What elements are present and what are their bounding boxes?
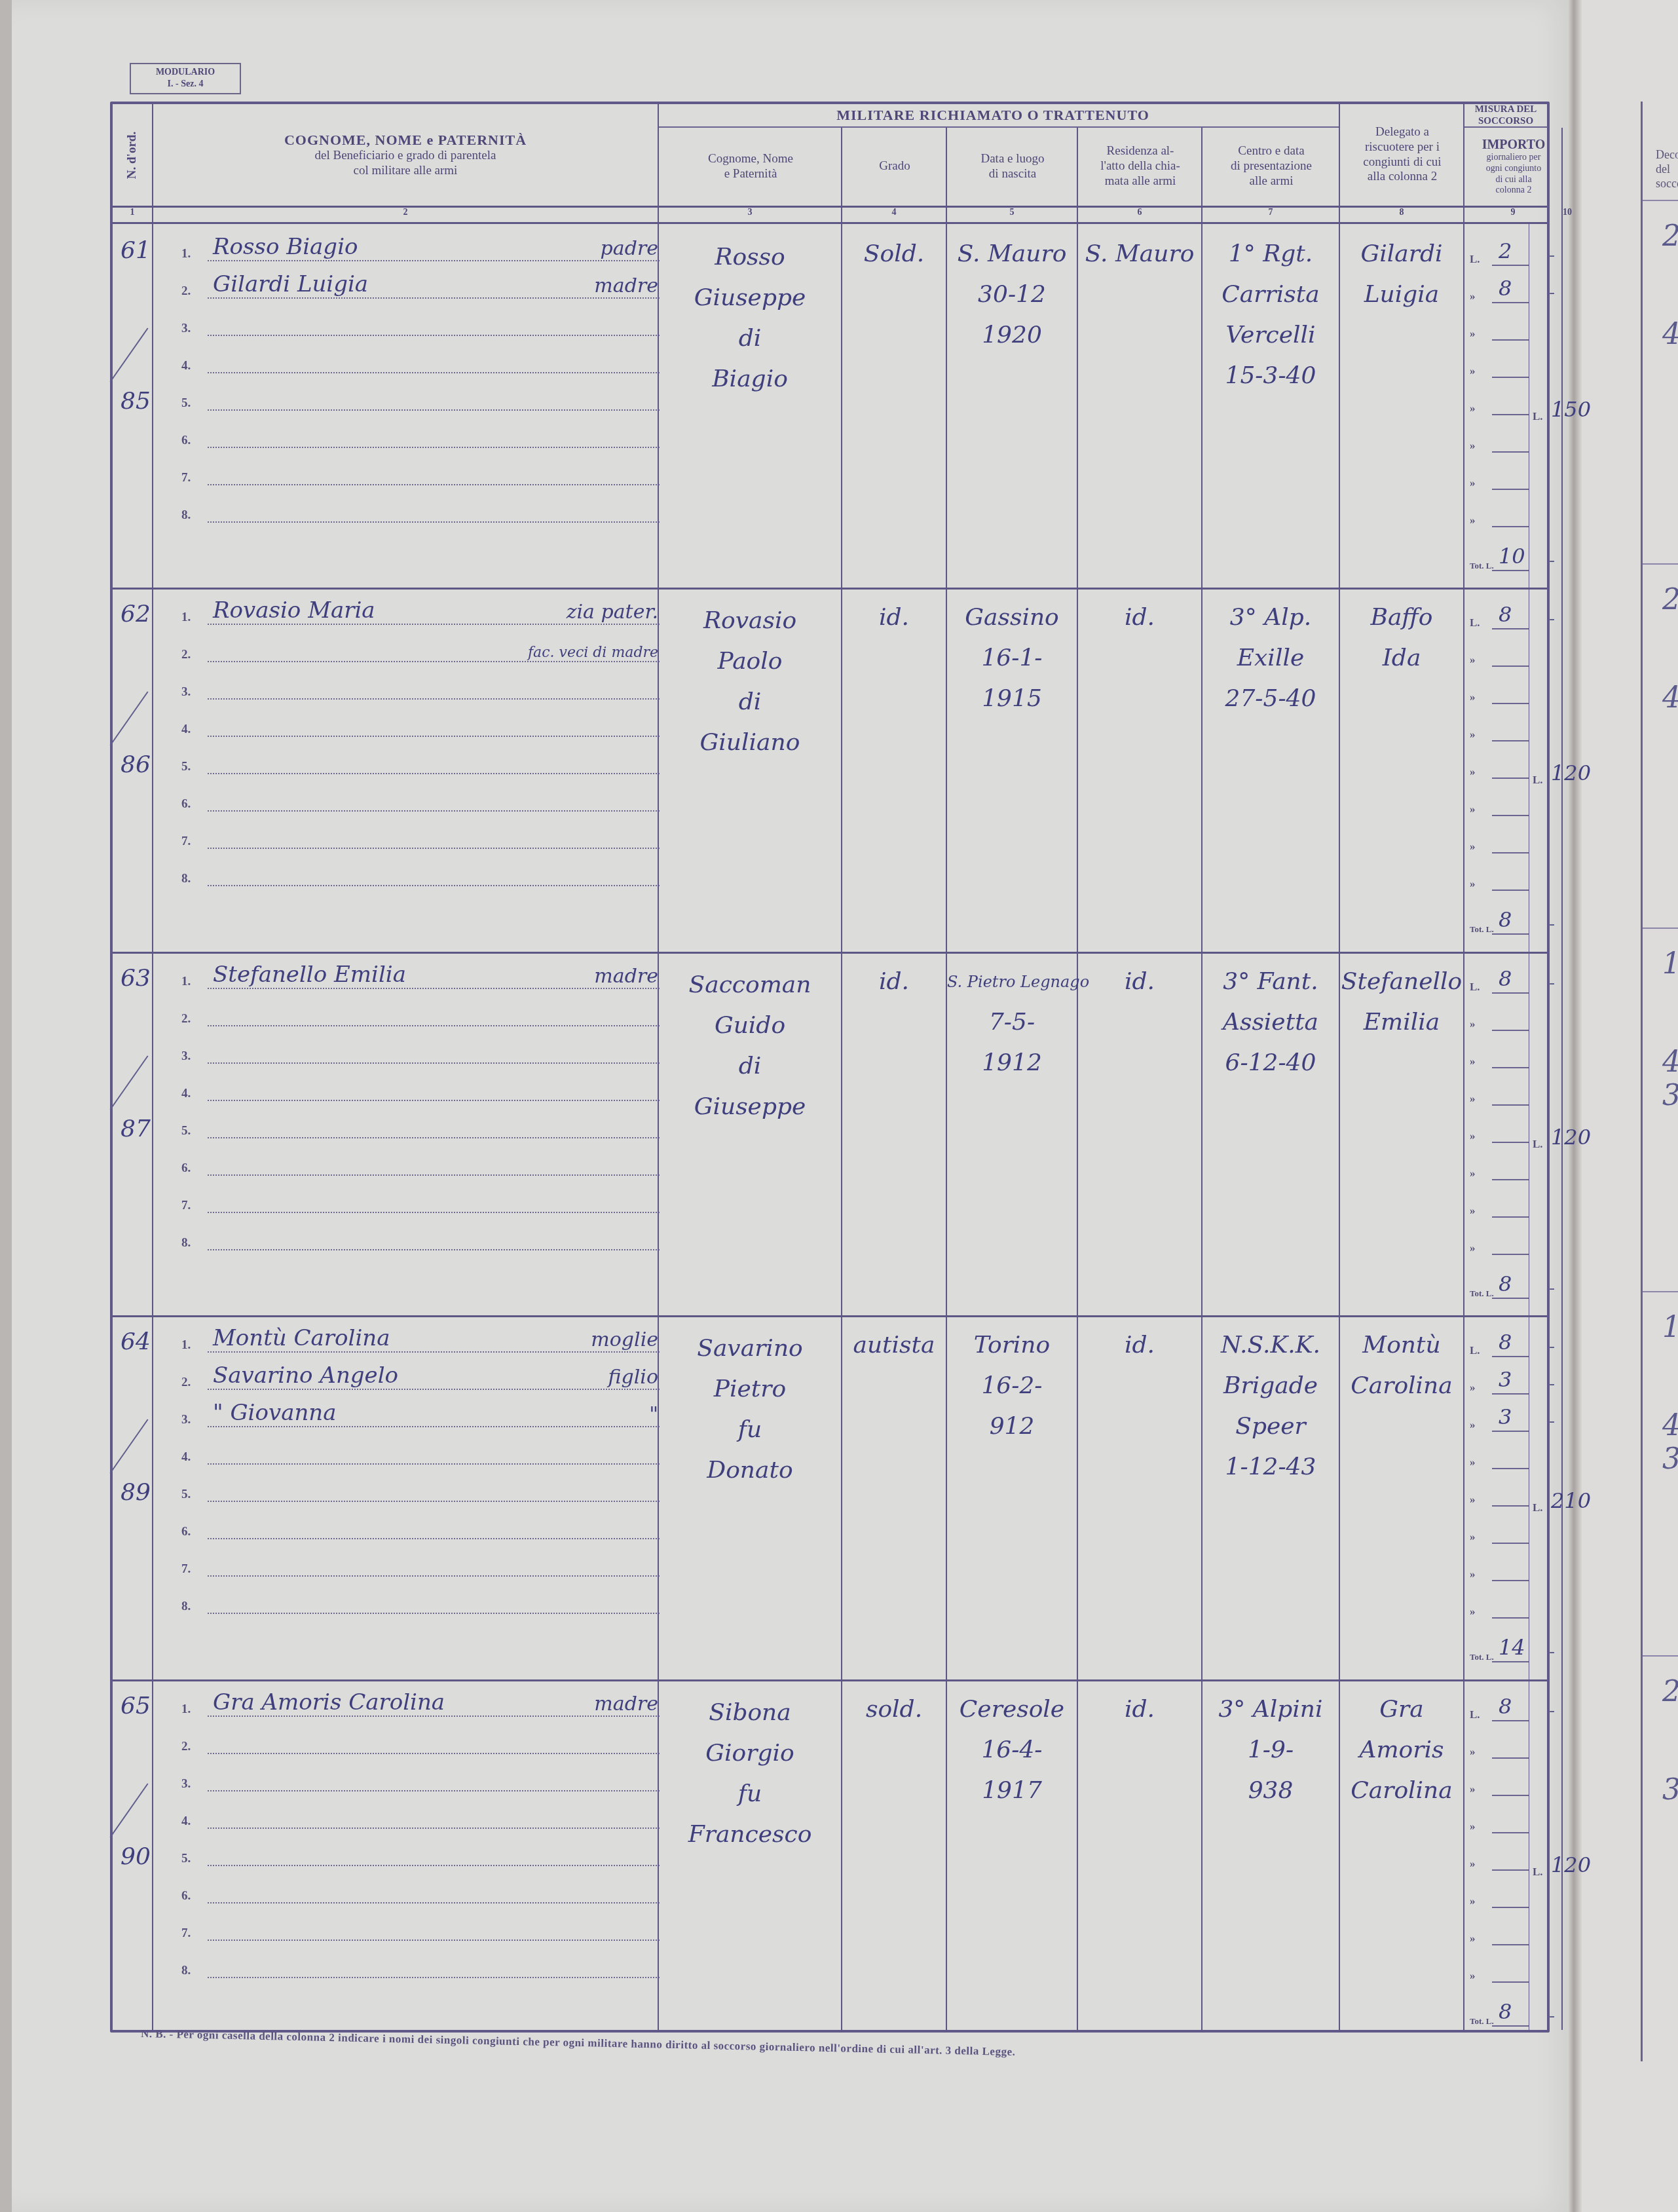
daily-amount-line[interactable]: » bbox=[1470, 1559, 1529, 1583]
beneficiary-line[interactable]: 5. bbox=[181, 743, 660, 781]
form-code-section: I. - Sez. 4 bbox=[131, 79, 240, 90]
beneficiary-line[interactable]: 3. bbox=[181, 1033, 660, 1070]
line-number: 5. bbox=[181, 396, 191, 411]
daily-amount-line[interactable]: » bbox=[1470, 1009, 1529, 1032]
military-name-text: Francesco bbox=[659, 1814, 841, 1855]
residence: id. bbox=[1078, 1325, 1201, 1366]
residence: id. bbox=[1078, 1689, 1201, 1730]
beneficiary-line[interactable]: 3. bbox=[181, 305, 660, 343]
column-number: 2 bbox=[153, 208, 658, 218]
daily-amount-line[interactable]: » bbox=[1470, 831, 1529, 855]
line-rule bbox=[208, 698, 660, 700]
amount-prefix: L. bbox=[1470, 1708, 1480, 1721]
daily-amount-line[interactable]: » bbox=[1470, 1447, 1529, 1471]
military-grade: autista bbox=[842, 1325, 946, 1366]
header-daily-amount: IMPORTO giornaliero per ogni congiunto d… bbox=[1464, 128, 1563, 206]
line-rule bbox=[208, 1463, 660, 1465]
column-number: 1 bbox=[113, 208, 152, 218]
beneficiary-line[interactable]: 1.Gra Amoris Carolinamadre bbox=[181, 1686, 660, 1723]
amount-prefix: » bbox=[1470, 1493, 1476, 1507]
line-rule bbox=[208, 736, 660, 737]
delegate: BaffoIda bbox=[1340, 597, 1463, 679]
column-number: 8 bbox=[1340, 208, 1463, 218]
beneficiary-line[interactable]: 6. bbox=[181, 1145, 660, 1182]
line-number: 5. bbox=[181, 760, 191, 774]
column-number: 5 bbox=[947, 208, 1077, 218]
line-number: 2. bbox=[181, 1740, 191, 1754]
beneficiary-line[interactable]: 4. bbox=[181, 1070, 660, 1108]
beneficiary-line[interactable]: 4. bbox=[181, 1798, 660, 1835]
beneficiary-name: Montù Carolina bbox=[213, 1325, 390, 1351]
beneficiary-name: Stefanello Emilia bbox=[213, 962, 406, 988]
delegate-text: Gilardi bbox=[1340, 234, 1463, 274]
amount-rule bbox=[1492, 1795, 1529, 1796]
beneficiary-relation: zia pater. bbox=[567, 601, 658, 624]
line-rule bbox=[208, 1940, 660, 1941]
beneficiary-line[interactable]: 8. bbox=[181, 1947, 660, 1985]
daily-amount-line[interactable]: Tot. L.8- bbox=[1470, 1277, 1529, 1300]
amount-rule bbox=[1492, 1030, 1529, 1031]
line-rule bbox=[208, 447, 660, 448]
amount-prefix: » bbox=[1470, 1381, 1476, 1395]
beneficiary-relation: figlio bbox=[608, 1366, 658, 1389]
beneficiary-line[interactable]: 2.Gilardi Luigiamadre bbox=[181, 268, 660, 305]
daily-amount-line[interactable]: L.8- bbox=[1470, 971, 1529, 995]
daily-amount-line[interactable]: » bbox=[1470, 1121, 1529, 1144]
line-number: 2. bbox=[181, 1012, 191, 1026]
amount-rule bbox=[1492, 778, 1529, 779]
beneficiary-line[interactable]: 4. bbox=[181, 1434, 660, 1471]
amount-rule bbox=[1492, 1580, 1529, 1581]
beneficiary-line[interactable]: 5. bbox=[181, 380, 660, 417]
military-grade-text: id. bbox=[842, 962, 946, 1002]
daily-amount-line[interactable]: » bbox=[1470, 1484, 1529, 1508]
line-number: 3. bbox=[181, 1049, 191, 1064]
daily-amount: 8 bbox=[1499, 602, 1512, 627]
facing-date: 16/ bbox=[1662, 947, 1678, 981]
beneficiary-relation: fac. veci di madre bbox=[528, 645, 658, 661]
register-number: 87 bbox=[121, 1115, 151, 1142]
beneficiary-line[interactable]: 3. bbox=[181, 669, 660, 706]
daily-amount-line[interactable]: » bbox=[1470, 645, 1529, 668]
amount-rule bbox=[1492, 489, 1529, 490]
page-gutter bbox=[1569, 0, 1582, 2212]
presentation-center-text: 1-9- bbox=[1203, 1730, 1339, 1771]
order-number: 61 bbox=[121, 237, 151, 264]
delegate-text: Montù bbox=[1340, 1325, 1463, 1366]
fortnight-amount: 120 bbox=[1551, 1852, 1591, 1877]
beneficiary-line[interactable]: 1.Rovasio Mariazia pater. bbox=[181, 594, 660, 631]
beneficiary-line[interactable]: 5. bbox=[181, 1471, 660, 1509]
birth-date-place: Torino16-2-912 bbox=[947, 1325, 1077, 1447]
amount-prefix: Tot. L. bbox=[1470, 924, 1494, 935]
line-rule bbox=[208, 484, 660, 485]
daily-amount-line[interactable]: »8- bbox=[1470, 281, 1529, 305]
amount-prefix: » bbox=[1470, 1531, 1476, 1544]
daily-amount-line[interactable]: » bbox=[1470, 1158, 1529, 1182]
line-rule bbox=[208, 521, 660, 523]
beneficiary-line[interactable]: 1.Rosso Biagiopadre bbox=[181, 231, 660, 268]
ledger-entry: 65901.Gra Amoris Carolinamadre2.3.4.5.6.… bbox=[113, 1679, 1547, 2036]
beneficiary-line[interactable]: 4. bbox=[181, 343, 660, 380]
military-name-text: Rosso bbox=[659, 237, 841, 278]
military-grade-text: autista bbox=[842, 1325, 946, 1366]
line-rule bbox=[208, 1753, 660, 1754]
line-rule bbox=[208, 260, 660, 261]
beneficiary-line[interactable]: 6. bbox=[181, 417, 660, 455]
daily-amount-line[interactable]: L.2- bbox=[1470, 244, 1529, 267]
amount-prefix: » bbox=[1470, 1858, 1476, 1871]
line-rule bbox=[208, 1613, 660, 1614]
military-name-text: Biagio bbox=[659, 359, 841, 400]
beneficiary-line[interactable]: 1.Montù Carolinamoglie bbox=[181, 1322, 660, 1359]
daily-amount-line[interactable]: » bbox=[1470, 1233, 1529, 1256]
beneficiary-line[interactable]: 5. bbox=[181, 1108, 660, 1145]
military-name-text: Paolo bbox=[659, 641, 841, 682]
daily-amount-line[interactable]: » bbox=[1470, 757, 1529, 780]
beneficiary-relation: madre bbox=[594, 965, 658, 988]
amount-prefix: L. bbox=[1533, 1501, 1543, 1514]
military-name-text: Giuliano bbox=[659, 722, 841, 763]
military-name: RossoGiuseppediBiagio bbox=[659, 237, 841, 400]
beneficiary-relation: padre bbox=[601, 237, 658, 260]
birth-date-place-text: 16-4- bbox=[947, 1730, 1077, 1771]
presentation-center: N.S.K.K.BrigadeSpeer1-12-43 bbox=[1203, 1325, 1339, 1488]
amount-rule bbox=[1492, 890, 1529, 891]
military-name: RovasioPaolodiGiuliano bbox=[659, 601, 841, 763]
daily-amount-line[interactable]: » bbox=[1470, 1083, 1529, 1107]
amount-prefix: » bbox=[1470, 691, 1476, 704]
header-center: Centro e datadi presentazionealle armi bbox=[1203, 128, 1340, 206]
line-number: 1. bbox=[181, 610, 191, 625]
facing-value: 4 bbox=[1662, 318, 1678, 351]
line-number: 2. bbox=[181, 284, 191, 299]
line-number: 3. bbox=[181, 322, 191, 336]
daily-amount-line[interactable]: » bbox=[1470, 682, 1529, 705]
amount-prefix: » bbox=[1470, 1093, 1476, 1106]
delegate: MontùCarolina bbox=[1340, 1325, 1463, 1406]
amount-rule bbox=[1492, 815, 1529, 816]
birth-date-place-text: 912 bbox=[947, 1406, 1077, 1447]
military-grade: id. bbox=[842, 597, 946, 638]
birth-date-place-text: S. Mauro bbox=[947, 234, 1077, 274]
facing-date: 25/ bbox=[1662, 1675, 1678, 1708]
beneficiary-line[interactable]: 8. bbox=[181, 855, 660, 893]
daily-amount-line[interactable]: L.8- bbox=[1470, 1699, 1529, 1723]
amount-prefix: » bbox=[1470, 1456, 1476, 1469]
header-delegate: Delegato ariscuotere per icongiunti di c… bbox=[1340, 104, 1464, 206]
amount-rule bbox=[1492, 1720, 1529, 1721]
daily-amount: 8 bbox=[1499, 1694, 1512, 1719]
presentation-center: 3° Alpini1-9-938 bbox=[1203, 1689, 1339, 1811]
beneficiary-line[interactable]: 8. bbox=[181, 1583, 660, 1621]
line-number: 5. bbox=[181, 1852, 191, 1866]
residence-text: S. Mauro bbox=[1078, 234, 1201, 274]
military-name: SaccomanGuidodiGiuseppe bbox=[659, 965, 841, 1127]
beneficiary-name: Rovasio Maria bbox=[213, 597, 375, 624]
delegate-text: Ida bbox=[1340, 638, 1463, 679]
line-number: 4. bbox=[181, 1087, 191, 1101]
daily-amount-line[interactable]: » bbox=[1470, 505, 1529, 529]
line-rule bbox=[208, 773, 660, 774]
daily-amount-line[interactable]: » bbox=[1470, 1811, 1529, 1835]
daily-amount: 14 bbox=[1499, 1635, 1525, 1660]
line-number: 1. bbox=[181, 1702, 191, 1717]
amount-prefix: » bbox=[1470, 1746, 1476, 1759]
amount-rule bbox=[1492, 1104, 1529, 1106]
presentation-center-text: 27-5-40 bbox=[1203, 679, 1339, 719]
daily-amount-line[interactable]: » bbox=[1470, 318, 1529, 342]
beneficiary-line[interactable]: 2. bbox=[181, 1723, 660, 1761]
military-name-text: Saccoman bbox=[659, 965, 841, 1005]
daily-amount-line[interactable]: Tot. L.8- bbox=[1470, 912, 1529, 936]
daily-amount-line[interactable]: »3- bbox=[1470, 1372, 1529, 1396]
order-separator bbox=[110, 691, 149, 745]
line-rule bbox=[208, 1062, 660, 1064]
line-number: 6. bbox=[181, 1889, 191, 1903]
facing-page-header: Decorrenza del soccorso bbox=[1656, 147, 1678, 191]
amount-rule bbox=[1492, 740, 1529, 741]
line-number: 4. bbox=[181, 722, 191, 737]
amount-rule bbox=[1492, 1869, 1529, 1871]
daily-amount-line[interactable]: » bbox=[1470, 468, 1529, 491]
birth-date-place-text: S. Pietro Legnago bbox=[947, 962, 1077, 1002]
beneficiary-line[interactable]: 2.fac. veci di madre bbox=[181, 631, 660, 669]
amount-prefix: » bbox=[1470, 477, 1476, 490]
facing-value: 39 bbox=[1662, 1773, 1678, 1807]
daily-amount: 3 bbox=[1499, 1367, 1512, 1392]
amount-rule bbox=[1492, 451, 1529, 453]
daily-amount-line[interactable]: Tot. L.10- bbox=[1470, 549, 1529, 572]
ledger-entry: 61851.Rosso Biagiopadre2.Gilardi Luigiam… bbox=[113, 224, 1547, 588]
daily-amount-line[interactable]: » bbox=[1470, 1195, 1529, 1219]
register-number: 90 bbox=[121, 1843, 151, 1870]
beneficiary-line[interactable]: 2. bbox=[181, 996, 660, 1033]
amount-prefix: » bbox=[1470, 328, 1476, 341]
line-number: 3. bbox=[181, 685, 191, 700]
amount-prefix: » bbox=[1470, 654, 1476, 667]
amount-prefix: » bbox=[1470, 803, 1476, 816]
line-rule bbox=[208, 1902, 660, 1903]
daily-amount-line[interactable]: L.8- bbox=[1470, 1335, 1529, 1359]
daily-amount-line[interactable]: » bbox=[1470, 869, 1529, 892]
line-rule bbox=[208, 1538, 660, 1539]
amount-dash: - bbox=[1549, 973, 1555, 992]
register-number: 86 bbox=[121, 751, 151, 778]
header-beneficiary: COGNOME, NOME e PATERNITÀ del Beneficiar… bbox=[153, 104, 658, 206]
line-number: 4. bbox=[181, 359, 191, 373]
daily-amount-line[interactable]: Tot. L.14- bbox=[1470, 1640, 1529, 1664]
birth-date-place-text: Ceresole bbox=[947, 1689, 1077, 1730]
beneficiary-relation: madre bbox=[594, 1693, 658, 1715]
daily-amount-line[interactable]: » bbox=[1470, 393, 1529, 417]
amount-rule bbox=[1492, 933, 1529, 935]
line-number: 1. bbox=[181, 1338, 191, 1353]
amount-prefix: » bbox=[1470, 1932, 1476, 1945]
beneficiary-line[interactable]: 7. bbox=[181, 1546, 660, 1583]
daily-amount-line[interactable]: L.8- bbox=[1470, 607, 1529, 631]
daily-amount-line[interactable]: » bbox=[1470, 1596, 1529, 1620]
line-rule bbox=[208, 1828, 660, 1829]
daily-amount-line[interactable]: Tot. L.8- bbox=[1470, 2004, 1529, 2028]
delegate: GilardiLuigia bbox=[1340, 234, 1463, 315]
daily-amount: 8 bbox=[1499, 907, 1512, 932]
daily-amount: 8 bbox=[1499, 1330, 1512, 1355]
ledger-entry: 63871.Stefanello Emiliamadre2.3.4.5.6.7.… bbox=[113, 952, 1547, 1315]
amount-rule bbox=[1492, 665, 1529, 667]
amount-prefix: Tot. L. bbox=[1470, 561, 1494, 571]
register-number: 85 bbox=[121, 388, 151, 415]
ledger-entry: 62861.Rovasio Mariazia pater.2.fac. veci… bbox=[113, 588, 1547, 952]
line-number: 6. bbox=[181, 434, 191, 448]
beneficiary-line[interactable]: 7. bbox=[181, 818, 660, 855]
amount-prefix: L. bbox=[1470, 616, 1480, 629]
daily-amount-line[interactable]: » bbox=[1470, 1046, 1529, 1070]
delegate: StefanelloEmilia bbox=[1340, 962, 1463, 1043]
amount-prefix: » bbox=[1470, 878, 1476, 891]
beneficiary-line[interactable]: 6. bbox=[181, 1873, 660, 1910]
delegate-text: Baffo bbox=[1340, 597, 1463, 638]
beneficiary-line[interactable]: 2.Savarino Angelofiglio bbox=[181, 1359, 660, 1397]
beneficiary-line[interactable]: 7. bbox=[181, 1910, 660, 1947]
line-rule bbox=[208, 1977, 660, 1978]
military-grade-text: id. bbox=[842, 597, 946, 638]
beneficiary-line[interactable]: 7. bbox=[181, 1182, 660, 1220]
facing-date: 27/ bbox=[1662, 583, 1678, 616]
military-name: SibonaGiorgiofuFrancesco bbox=[659, 1693, 841, 1855]
amount-prefix: L. bbox=[1470, 981, 1480, 994]
military-grade-text: Sold. bbox=[842, 234, 946, 274]
amount-rule bbox=[1492, 1661, 1529, 1662]
amount-prefix: L. bbox=[1470, 253, 1480, 266]
line-number: 6. bbox=[181, 1525, 191, 1539]
amount-rule bbox=[1492, 1468, 1529, 1469]
amount-prefix: » bbox=[1470, 1783, 1476, 1796]
presentation-center-text: 3° Alp. bbox=[1203, 597, 1339, 638]
beneficiary-line[interactable]: 7. bbox=[181, 455, 660, 492]
daily-amount-line[interactable]: » bbox=[1470, 794, 1529, 817]
line-number: 5. bbox=[181, 1124, 191, 1138]
beneficiary-name: Gra Amoris Carolina bbox=[213, 1689, 445, 1715]
delegate: GraAmorisCarolina bbox=[1340, 1689, 1463, 1811]
daily-amount-line[interactable]: » bbox=[1470, 1522, 1529, 1545]
birth-date-place-text: Gassino bbox=[947, 597, 1077, 638]
birth-date-place-text: 1917 bbox=[947, 1771, 1077, 1811]
amount-rule bbox=[1492, 852, 1529, 853]
amount-dash: - bbox=[1549, 1278, 1555, 1298]
presentation-center: 3° Fant.Assietta6-12-40 bbox=[1203, 962, 1339, 1083]
amount-rule bbox=[1492, 1142, 1529, 1143]
residence-text: id. bbox=[1078, 962, 1201, 1002]
beneficiary-line[interactable]: 1.Stefanello Emiliamadre bbox=[181, 958, 660, 996]
line-rule bbox=[208, 1715, 660, 1717]
beneficiary-line[interactable]: 8. bbox=[181, 492, 660, 529]
daily-amount: 3 bbox=[1499, 1404, 1512, 1429]
daily-amount-line[interactable]: » bbox=[1470, 1886, 1529, 1909]
birth-date-place-text: 1912 bbox=[947, 1043, 1077, 1083]
amount-rule bbox=[1492, 265, 1529, 266]
beneficiary-line[interactable]: 6. bbox=[181, 1509, 660, 1546]
beneficiary-relation: madre bbox=[594, 274, 658, 297]
daily-amount-line[interactable]: » bbox=[1470, 1736, 1529, 1760]
birth-date-place: S. Mauro30-121920 bbox=[947, 234, 1077, 356]
military-name: SavarinoPietrofuDonato bbox=[659, 1328, 841, 1491]
beneficiary-line[interactable]: 3." Giovanna" bbox=[181, 1397, 660, 1434]
daily-amount: 2 bbox=[1499, 238, 1512, 263]
amount-rule bbox=[1492, 526, 1529, 527]
daily-amount-line[interactable]: »3- bbox=[1470, 1410, 1529, 1433]
line-rule bbox=[208, 1137, 660, 1138]
birth-date-place: Gassino16-1-1915 bbox=[947, 597, 1077, 719]
amount-prefix: L. bbox=[1533, 1865, 1543, 1879]
military-name-text: fu bbox=[659, 1410, 841, 1450]
amount-rule bbox=[1492, 570, 1529, 571]
beneficiary-line[interactable]: 8. bbox=[181, 1220, 660, 1257]
line-rule bbox=[208, 1426, 660, 1427]
header-group-measure: MISURA DEL SOCCORSO bbox=[1464, 104, 1547, 126]
form-code-title: MODULARIO bbox=[131, 67, 240, 79]
amount-rule bbox=[1492, 377, 1529, 378]
beneficiary-name: Gilardi Luigia bbox=[213, 271, 368, 297]
amount-dash: - bbox=[1549, 1700, 1555, 1720]
line-number: 3. bbox=[181, 1413, 191, 1427]
column-number: 9 bbox=[1464, 208, 1561, 218]
delegate-text: Carolina bbox=[1340, 1366, 1463, 1406]
order-number: 64 bbox=[121, 1328, 151, 1355]
header-ord: N. d'ord. bbox=[113, 104, 152, 206]
beneficiary-relation: moglie bbox=[591, 1328, 658, 1351]
line-rule bbox=[208, 1351, 660, 1353]
daily-amount-line[interactable]: » bbox=[1470, 1848, 1529, 1872]
birth-date-place-text: 7-5- bbox=[947, 1002, 1077, 1043]
daily-amount-line[interactable]: » bbox=[1470, 1923, 1529, 1947]
daily-amount-line[interactable]: » bbox=[1470, 356, 1529, 379]
daily-amount-line[interactable]: » bbox=[1470, 1960, 1529, 1984]
beneficiary-line[interactable]: 3. bbox=[181, 1761, 660, 1798]
daily-amount-line[interactable]: » bbox=[1470, 430, 1529, 454]
amount-rule bbox=[1492, 1393, 1529, 1395]
line-rule bbox=[208, 1025, 660, 1026]
presentation-center: 3° Alp.Exille27-5-40 bbox=[1203, 597, 1339, 719]
amount-rule bbox=[1492, 414, 1529, 415]
amount-rule bbox=[1492, 628, 1529, 629]
facing-row-divider bbox=[1643, 928, 1678, 929]
line-rule bbox=[208, 1100, 660, 1101]
amount-rule bbox=[1492, 1944, 1529, 1945]
beneficiary-line[interactable]: 5. bbox=[181, 1835, 660, 1873]
amount-dash: - bbox=[1549, 609, 1555, 628]
amount-dash: - bbox=[1549, 1641, 1555, 1661]
daily-amount-line[interactable]: » bbox=[1470, 719, 1529, 743]
facing-page-table: Decorrenza del soccorso 21/427/416/4 31/… bbox=[1641, 102, 1678, 2061]
beneficiary-line[interactable]: 6. bbox=[181, 781, 660, 818]
facing-row-divider bbox=[1643, 1291, 1678, 1292]
amount-rule bbox=[1492, 1543, 1529, 1544]
daily-amount: 10 bbox=[1499, 544, 1525, 569]
daily-amount-line[interactable]: » bbox=[1470, 1774, 1529, 1797]
form-code-box: MODULARIO I. - Sez. 4 bbox=[130, 63, 241, 94]
residence: id. bbox=[1078, 597, 1201, 638]
presentation-center-text: N.S.K.K. bbox=[1203, 1325, 1339, 1366]
military-name-text: Donato bbox=[659, 1450, 841, 1491]
beneficiary-line[interactable]: 4. bbox=[181, 706, 660, 743]
delegate-text: Luigia bbox=[1340, 274, 1463, 315]
birth-date-place-text: 16-1- bbox=[947, 638, 1077, 679]
line-number: 8. bbox=[181, 1600, 191, 1614]
line-number: 8. bbox=[181, 1236, 191, 1250]
military-grade-text: sold. bbox=[842, 1689, 946, 1730]
line-rule bbox=[208, 661, 660, 662]
